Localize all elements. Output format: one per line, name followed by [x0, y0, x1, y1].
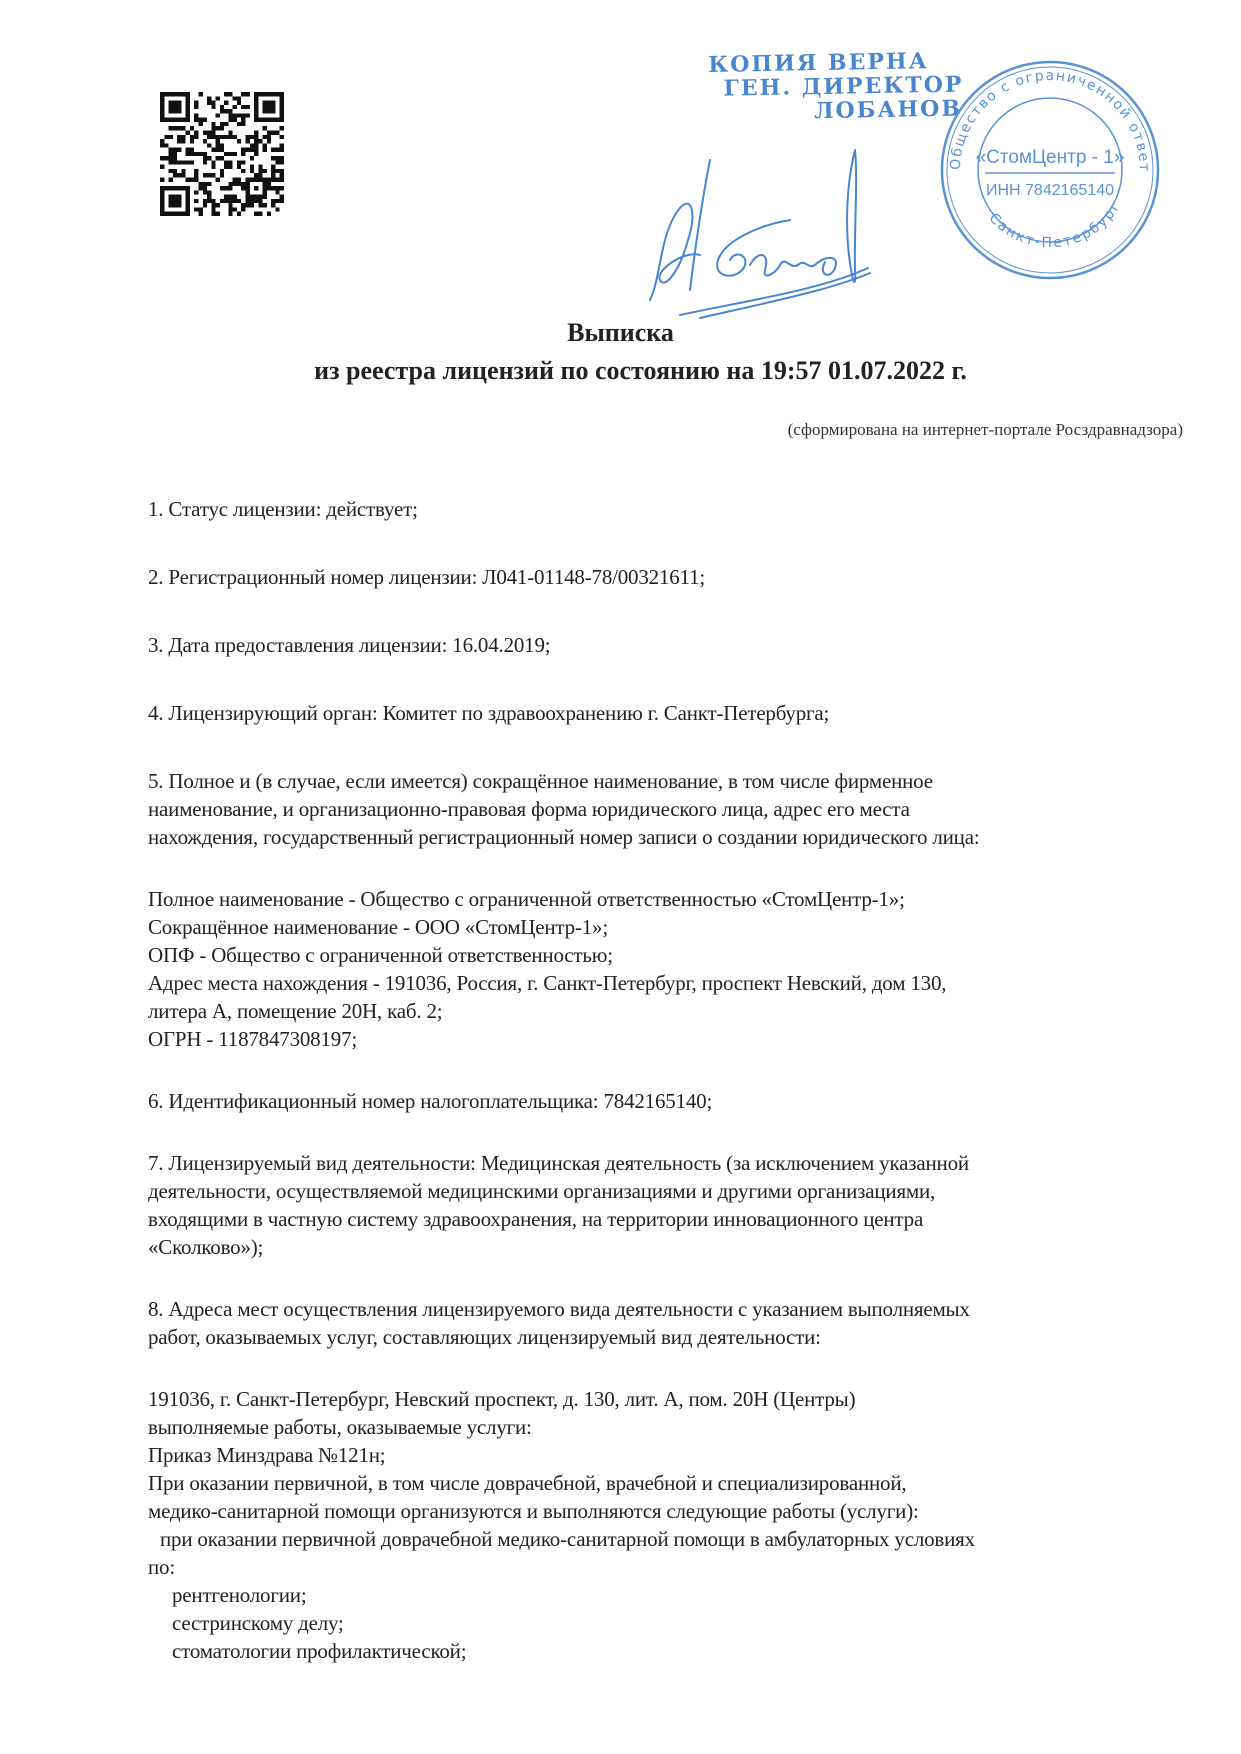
taxpayer-id: 6. Идентификационный номер налогоплатель…	[148, 1087, 1158, 1115]
name-heading: 5. Полное и (в случае, если имеется) сок…	[148, 767, 1158, 851]
legal-form: ОПФ - Общество с ограниченной ответствен…	[148, 941, 1158, 969]
ministry-order: Приказ Минздрава №121н;	[148, 1441, 1158, 1469]
director-signature	[640, 130, 940, 320]
short-name: Сокращённое наименование - ООО «СтомЦент…	[148, 913, 1158, 941]
document-title: Выписка	[0, 318, 1241, 348]
name-heading-line: 5. Полное и (в случае, если имеется) сок…	[148, 767, 1158, 795]
document-subtitle: из реестра лицензий по состоянию на 19:5…	[0, 356, 1241, 386]
activity-line: деятельности, осуществляемой медицинским…	[148, 1177, 1158, 1205]
name-details: Полное наименование - Общество с огранич…	[148, 885, 1158, 1053]
license-reg-number: 2. Регистрационный номер лицензии: Л041-…	[148, 563, 1158, 591]
licensed-activity: 7. Лицензируемый вид деятельности: Медиц…	[148, 1149, 1158, 1261]
seal-inn: ИНН 7842165140	[986, 182, 1114, 199]
document-source-note: (сформирована на интернет-портале Росздр…	[788, 420, 1183, 440]
license-status: 1. Статус лицензии: действует;	[148, 495, 1158, 523]
service-item: стоматологии профилактической;	[148, 1637, 1158, 1665]
activity-line: входящими в частную систему здравоохране…	[148, 1205, 1158, 1233]
document-page: КОПИЯ ВЕРНА ГЕН. ДИРЕКТОР ЛОБАНОВ Обще	[0, 0, 1241, 1754]
svg-text:Санкт-Петербург: Санкт-Петербург	[986, 198, 1125, 251]
activity-line: 7. Лицензируемый вид деятельности: Медиц…	[148, 1149, 1158, 1177]
addresses-heading-line: 8. Адреса мест осуществления лицензируем…	[148, 1295, 1158, 1323]
address-block: 191036, г. Санкт-Петербург, Невский прос…	[148, 1385, 1158, 1665]
address-block-line: При оказании первичной, в том числе довр…	[148, 1469, 1158, 1497]
license-issue-date: 3. Дата предоставления лицензии: 16.04.2…	[148, 631, 1158, 659]
document-body: 1. Статус лицензии: действует; 2. Регист…	[148, 495, 1158, 1665]
service-item: рентгенологии;	[148, 1581, 1158, 1609]
full-name: Полное наименование - Общество с огранич…	[148, 885, 1158, 913]
licensing-authority: 4. Лицензирующий орган: Комитет по здрав…	[148, 699, 1158, 727]
address-line: Адрес места нахождения - 191036, Россия,…	[148, 969, 1158, 997]
addresses-heading-line: работ, оказываемых услуг, составляющих л…	[148, 1323, 1158, 1351]
address-block-line: медико-санитарной помощи организуются и …	[148, 1497, 1158, 1525]
care-intro-line: по:	[148, 1553, 1158, 1581]
address-line: литера А, помещение 20Н, каб. 2;	[148, 997, 1158, 1025]
ogrn: ОГРН - 1187847308197;	[148, 1025, 1158, 1053]
care-intro-line: при оказании первичной доврачебной медик…	[148, 1525, 1158, 1553]
activity-address: 191036, г. Санкт-Петербург, Невский прос…	[148, 1385, 1158, 1413]
seal-company-name: «СтомЦентр - 1»	[976, 147, 1125, 168]
service-item: сестринскому делу;	[148, 1609, 1158, 1637]
qr-code	[160, 92, 284, 216]
name-heading-line: нахождения, государственный регистрацион…	[148, 823, 1158, 851]
address-block-line: выполняемые работы, оказываемые услуги:	[148, 1413, 1158, 1441]
addresses-heading: 8. Адреса мест осуществления лицензируем…	[148, 1295, 1158, 1351]
certified-copy-stamp: КОПИЯ ВЕРНА ГЕН. ДИРЕКТОР ЛОБАНОВ	[700, 48, 940, 52]
activity-line: «Сколково»);	[148, 1233, 1158, 1261]
seal-bottom-text: Санкт-Петербург	[986, 198, 1125, 251]
name-heading-line: наименование, и организационно-правовая …	[148, 795, 1158, 823]
company-seal: Общество с ограниченной ответственностью…	[935, 55, 1165, 285]
